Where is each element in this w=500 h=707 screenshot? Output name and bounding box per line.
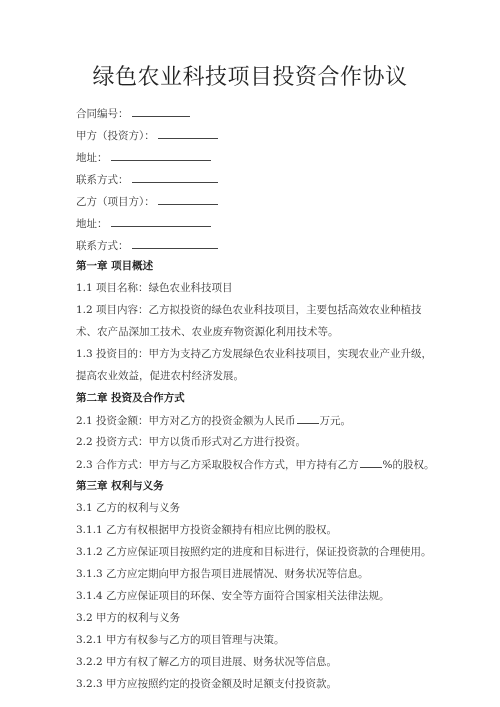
party-b-contact-field: 联系方式： — [76, 238, 218, 253]
party-a-contact-blank[interactable] — [132, 172, 218, 183]
clause-1-1: 1.1 项目名称：绿色农业科技项目 — [76, 281, 233, 295]
clause-3-1-1: 3.1.1 乙方有权根据甲方投资金额持有相应比例的股权。 — [76, 523, 337, 537]
party-b-address-field: 地址： — [76, 216, 211, 231]
investment-amount-blank[interactable] — [297, 413, 319, 424]
clause-1-2-line2: 术、农产品深加工技术、农业废弃物资源化利用技术等。 — [76, 325, 339, 339]
clause-2-3: 2.3 合作方式：甲方与乙方采取股权合作方式，甲方持有乙方%的股权。 — [76, 457, 435, 472]
clause-1-3-line1: 1.3 投资目的：甲方为支持乙方发展绿色农业科技项目，实现农业产业升级， — [76, 347, 432, 361]
party-a-address-blank[interactable] — [111, 150, 211, 161]
section-3-1: 3.1 乙方的权利与义务 — [76, 501, 180, 515]
clause-text: 2.1 投资金额：甲方对乙方的投资金额为人民币 — [76, 415, 296, 427]
clause-3-1-3: 3.1.3 乙方应定期向甲方报告项目进展情况、财务状况等信息。 — [76, 567, 369, 581]
document-title: 绿色农业科技项目投资合作协议 — [0, 60, 500, 91]
equity-percent-blank[interactable] — [360, 457, 382, 468]
field-label: 甲方（投资方）： — [76, 130, 155, 142]
field-label: 联系方式： — [76, 240, 129, 252]
clause-text: 万元。 — [320, 415, 352, 427]
section-3-2: 3.2 甲方的权利与义务 — [76, 611, 180, 625]
field-label: 地址： — [76, 218, 108, 230]
party-b-contact-blank[interactable] — [132, 238, 218, 249]
clause-3-1-2: 3.1.2 乙方应保证项目按照约定的进度和目标进行，保证投资款的合理使用。 — [76, 545, 432, 559]
party-b-address-blank[interactable] — [111, 216, 211, 227]
party-b-field: 乙方（项目方）： — [76, 194, 218, 209]
party-a-field: 甲方（投资方）： — [76, 128, 218, 143]
clause-3-2-1: 3.2.1 甲方有权参与乙方的项目管理与决策。 — [76, 633, 285, 647]
clause-3-1-4: 3.1.4 乙方应保证项目的环保、安全等方面符合国家相关法律法规。 — [76, 589, 390, 603]
clause-text: 2.3 合作方式：甲方与乙方采取股权合作方式，甲方持有乙方 — [76, 459, 359, 471]
party-a-blank[interactable] — [158, 128, 218, 139]
party-b-blank[interactable] — [158, 194, 218, 205]
clause-1-2-line1: 1.2 项目内容：乙方拟投资的绿色农业科技项目，主要包括高效农业种植技 — [76, 303, 422, 317]
clause-text: %的股权。 — [383, 459, 435, 471]
field-label: 联系方式： — [76, 174, 129, 186]
clause-2-1: 2.1 投资金额：甲方对乙方的投资金额为人民币万元。 — [76, 413, 351, 428]
clause-2-2: 2.2 投资方式：甲方以货币形式对乙方进行投资。 — [76, 435, 306, 449]
party-a-contact-field: 联系方式： — [76, 172, 218, 187]
clause-1-3-line2: 提高农业效益，促进农村经济发展。 — [76, 369, 244, 383]
field-label: 乙方（项目方）： — [76, 196, 155, 208]
party-a-address-field: 地址： — [76, 150, 211, 165]
document-page: 绿色农业科技项目投资合作协议 合同编号： 甲方（投资方）： 地址： 联系方式： … — [0, 0, 500, 707]
chapter-1-heading: 第一章 项目概述 — [76, 259, 153, 273]
contract-number-blank[interactable] — [132, 106, 190, 117]
clause-3-2-3: 3.2.3 甲方应按照约定的投资金额及时足额支付投资款。 — [76, 677, 337, 691]
chapter-2-heading: 第二章 投资及合作方式 — [76, 391, 185, 405]
chapter-3-heading: 第三章 权利与义务 — [76, 479, 164, 493]
clause-3-2-2: 3.2.2 甲方有权了解乙方的项目进展、财务状况等信息。 — [76, 655, 337, 669]
contract-number-field: 合同编号： — [76, 106, 190, 121]
field-label: 合同编号： — [76, 108, 129, 120]
field-label: 地址： — [76, 152, 108, 164]
